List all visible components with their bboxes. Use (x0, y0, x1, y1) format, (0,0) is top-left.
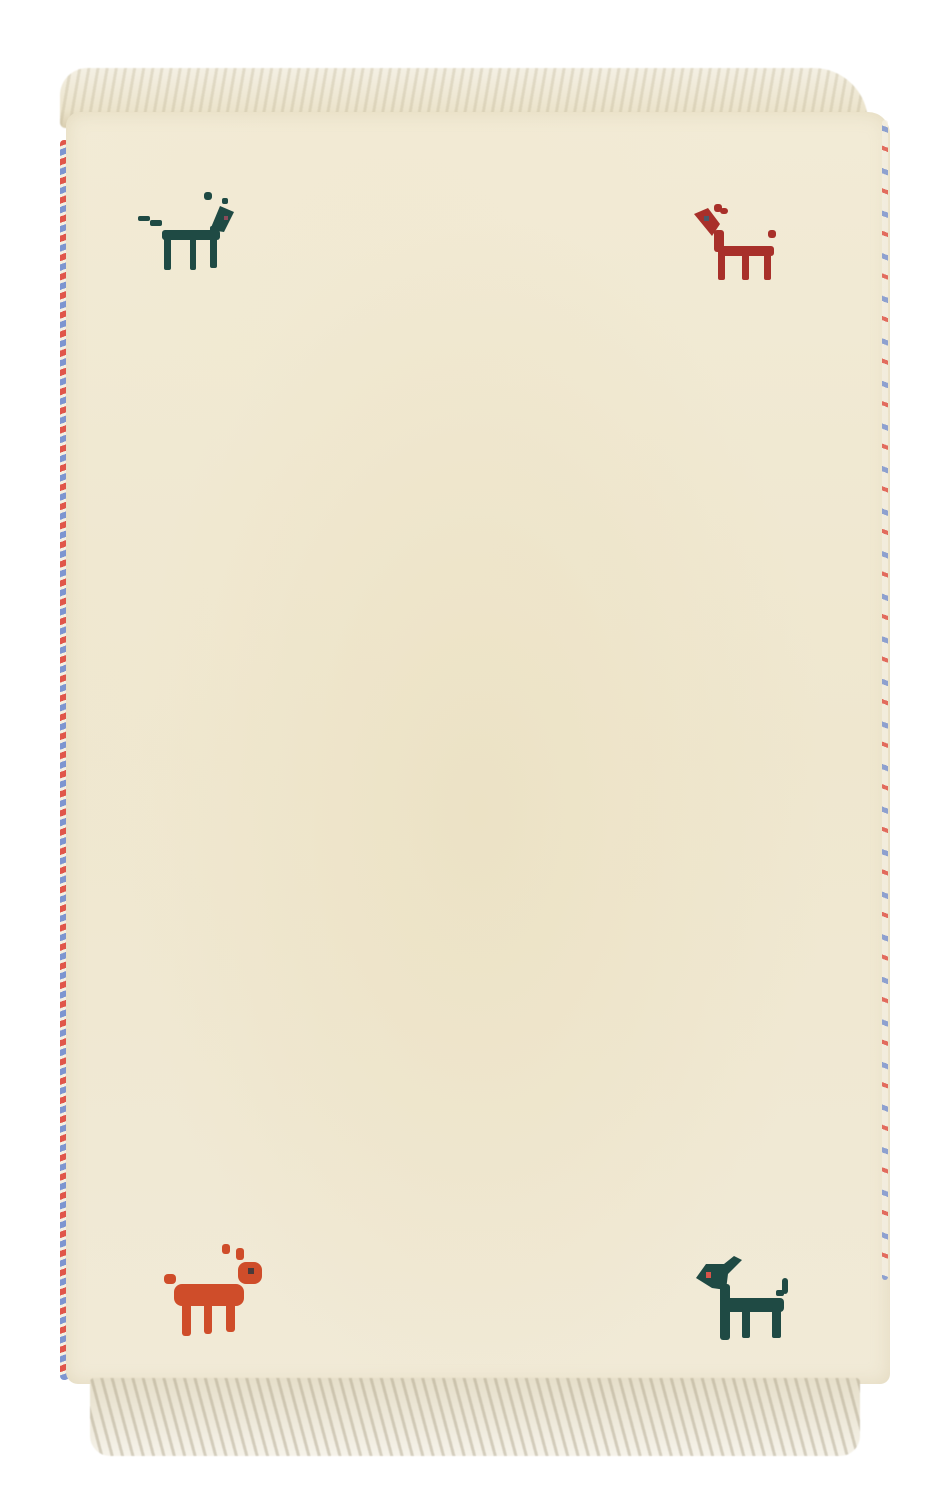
goat-icon (690, 190, 790, 286)
goat-motif-bottom-right (692, 1248, 792, 1342)
rug-field (66, 112, 890, 1384)
goat-motif-top-left (132, 186, 238, 276)
goat-icon (692, 1248, 792, 1342)
goat-motif-bottom-left (160, 1240, 268, 1340)
goat-icon (160, 1240, 268, 1340)
goat-icon (132, 186, 238, 276)
rug-photo (0, 0, 950, 1500)
goat-motif-top-right (690, 190, 790, 286)
bottom-fringe (90, 1378, 860, 1456)
right-selvedge (882, 120, 888, 1280)
